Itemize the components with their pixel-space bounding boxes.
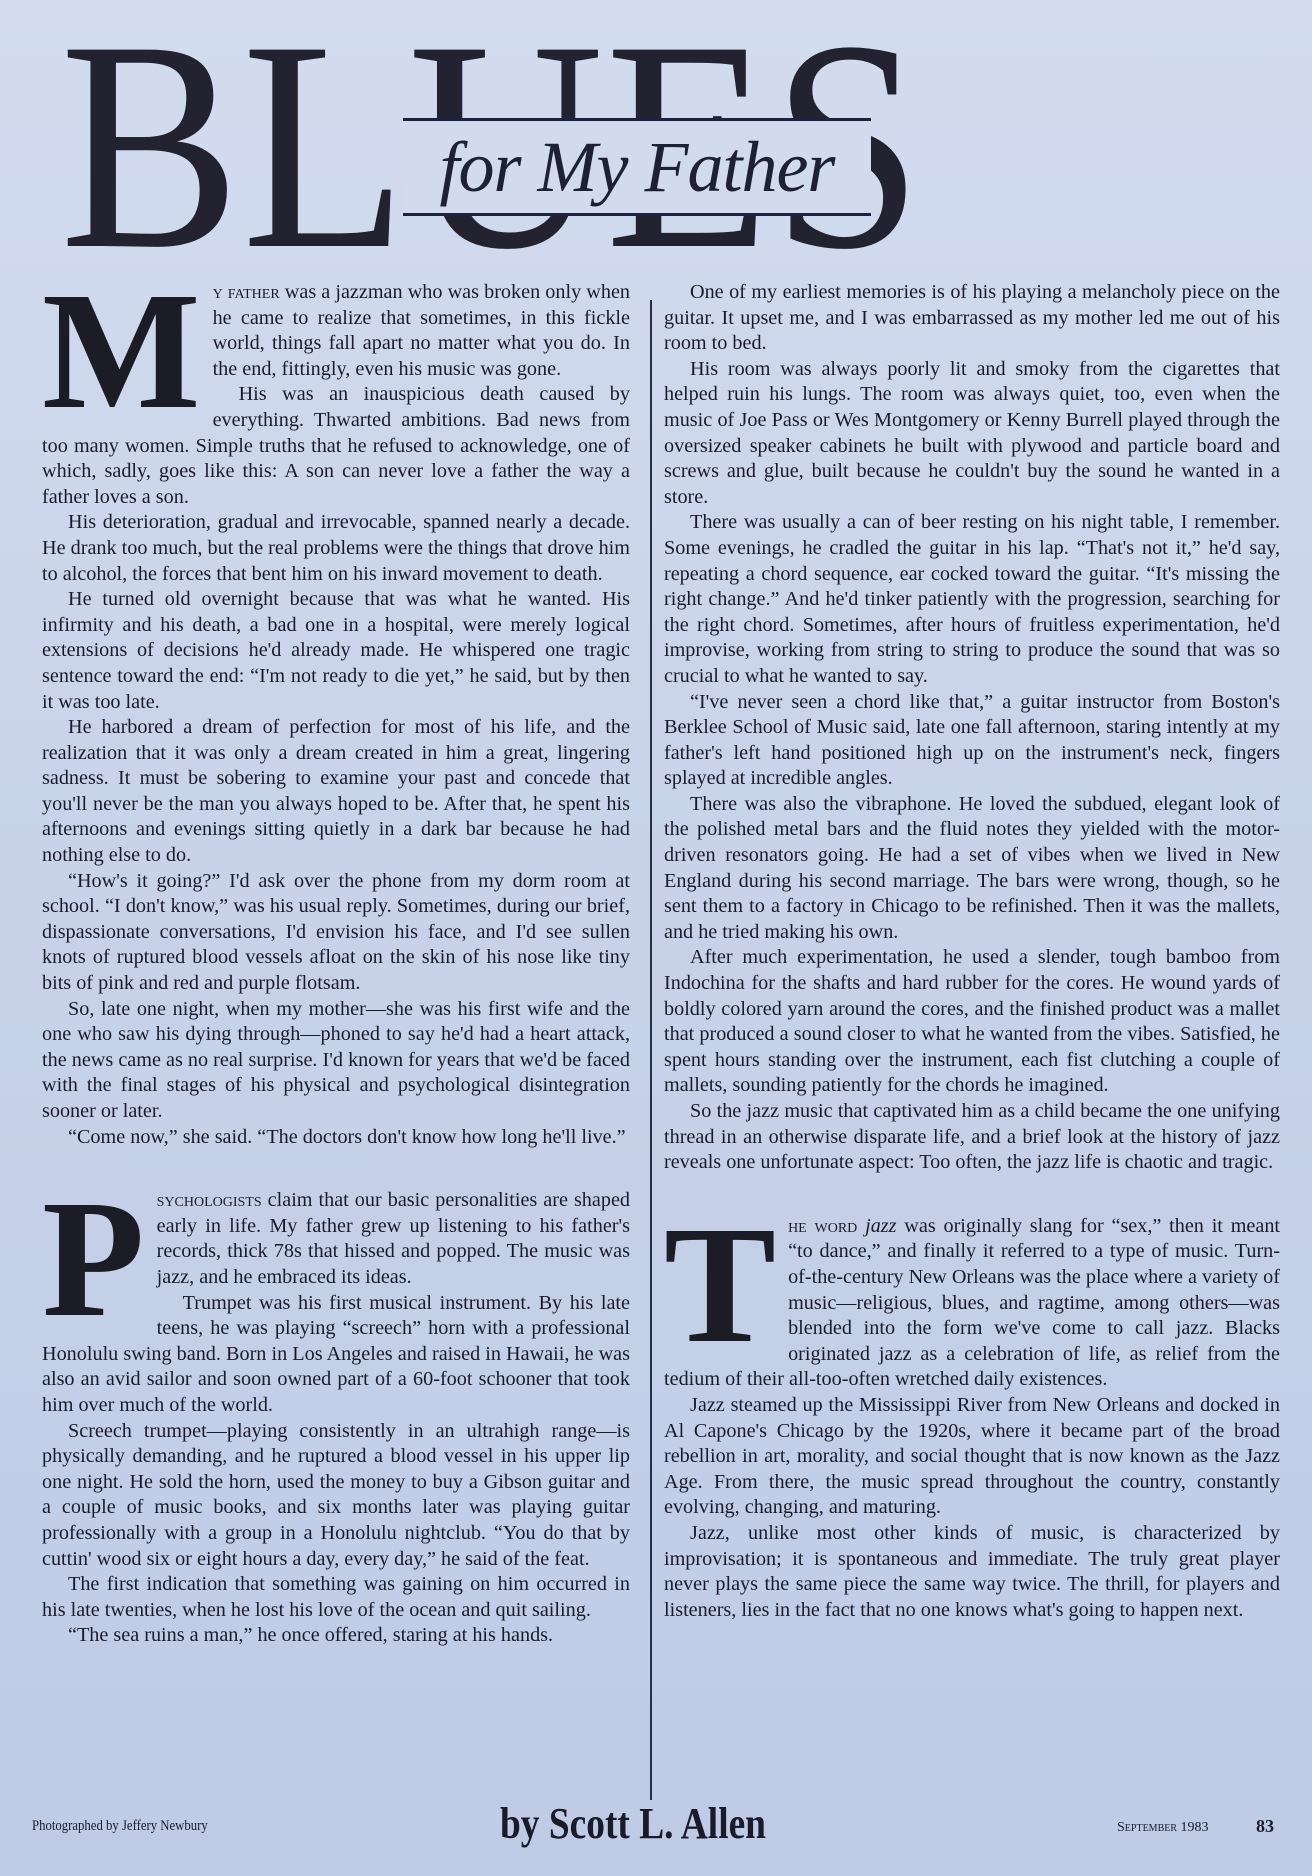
left-column: My father was a jazzman who was broken o… [42, 280, 630, 1649]
subtitle-box: for My Father [403, 118, 871, 216]
page-number: 83 [1256, 1816, 1274, 1837]
paragraph: He turned old overnight because that was… [42, 587, 630, 715]
paragraph: “How's it going?” I'd ask over the phone… [42, 869, 630, 997]
dropcap: T [664, 1220, 776, 1350]
paragraph: After much experimentation, he used a sl… [664, 945, 1280, 1099]
paragraph: Jazz steamed up the Mississippi River fr… [664, 1393, 1280, 1521]
paragraph: His deterioration, gradual and irrevocab… [42, 510, 630, 587]
paragraph: One of my earliest memories is of his pl… [664, 280, 1280, 357]
lead-paragraph: Psychologists claim that our basic perso… [42, 1188, 630, 1290]
paragraph: Screech trumpet—playing consistently in … [42, 1419, 630, 1573]
paragraph: So, late one night, when my mother—she w… [42, 997, 630, 1125]
paragraph: So the jazz music that captivated him as… [664, 1099, 1280, 1176]
paragraph: There was also the vibraphone. He loved … [664, 792, 1280, 946]
issue-date: September 1983 [1117, 1820, 1209, 1836]
dropcap: P [42, 1194, 145, 1324]
column-divider [650, 300, 652, 1800]
paragraph: “I've never seen a chord like that,” a g… [664, 690, 1280, 792]
paragraph: Jazz, unlike most other kinds of music, … [664, 1521, 1280, 1623]
photo-credit: Photographed by Jeffery Newbury [32, 1818, 208, 1835]
right-column: One of my earliest memories is of his pl… [664, 280, 1280, 1623]
paragraph: “Come now,” she said. “The doctors don't… [42, 1125, 630, 1151]
paragraph: He harbored a dream of perfection for mo… [42, 715, 630, 869]
headline: BLUES for My Father [60, 10, 1270, 280]
dropcap: M [42, 286, 201, 416]
paragraph: There was usually a can of beer resting … [664, 510, 1280, 689]
headline-subtitle: for My Father [440, 126, 835, 209]
byline: by Scott L. Allen [500, 1798, 766, 1849]
lead-paragraph: My father was a jazzman who was broken o… [42, 280, 630, 382]
lead-paragraph: The word jazz was originally slang for “… [664, 1214, 1280, 1393]
paragraph: “The sea ruins a man,” he once offered, … [42, 1623, 630, 1649]
paragraph: His room was always poorly lit and smoky… [664, 357, 1280, 511]
paragraph: The first indication that something was … [42, 1572, 630, 1623]
